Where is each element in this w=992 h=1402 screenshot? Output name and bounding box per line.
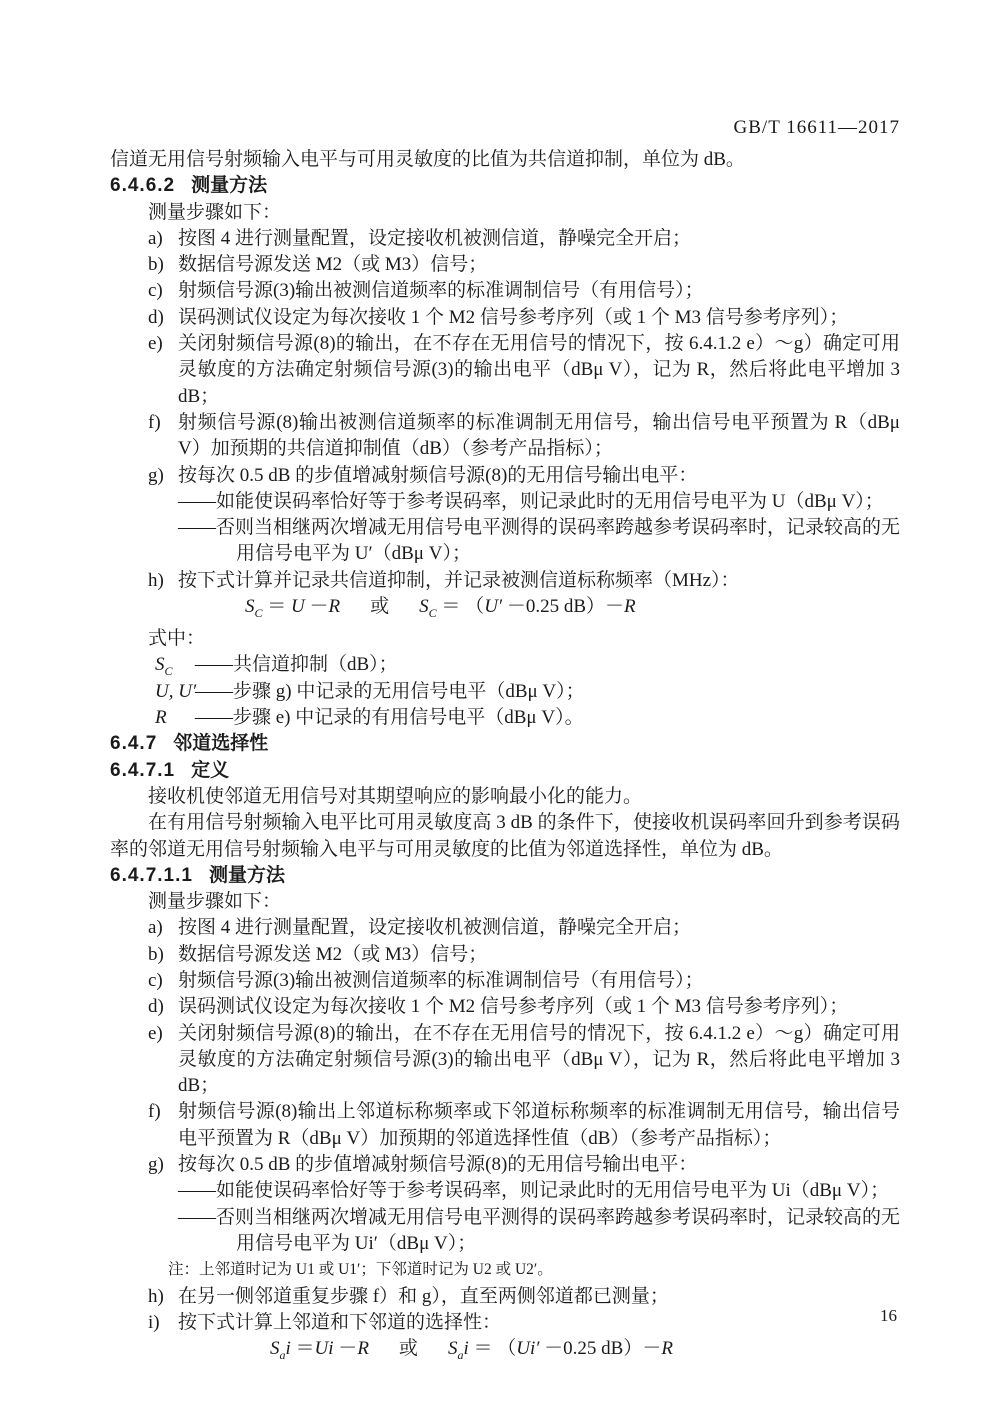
where-label: 式中： <box>110 626 900 652</box>
symbol-description: ——共信道抑制（dB）； <box>195 654 398 675</box>
step-label: e) <box>148 331 163 357</box>
document-page: GB/T 16611—2017 信道无用信号射频输入电平与可用灵敏度的比值为共信… <box>0 0 992 1402</box>
formula-var: R <box>624 596 636 617</box>
formula-sub: C <box>429 606 437 620</box>
formula-var: U <box>291 596 305 617</box>
step-text: 误码测试仪设定为每次接收 1 个 M2 信号参考序列（或 1 个 M3 信号参考… <box>178 996 848 1017</box>
symbol-description: ——步骤 g) 中记录的无用信号电平（dBμ V）； <box>195 681 585 702</box>
step-label: h) <box>148 1284 164 1310</box>
step-label: h) <box>148 568 164 594</box>
formula-co-channel-rejection: SC ＝ U －R或SC ＝ （U′ －0.25 dB）－R <box>245 594 900 626</box>
section-heading-6-4-7: 6.4.7邻道选择性 <box>110 731 900 757</box>
section-number: 6.4.7.1 <box>110 760 175 781</box>
formula-var: S <box>448 1338 458 1359</box>
formula-var: Ui <box>315 1338 334 1359</box>
step-text: 在另一侧邻道重复步骤 f）和 g），直至两侧邻道都已测量； <box>178 1286 669 1307</box>
step-h: h) 按下式计算并记录共信道抑制，并记录被测信道标称频率（MHz）： <box>110 568 900 594</box>
formula-op: ＝ <box>263 596 292 617</box>
step-label: c) <box>148 968 163 994</box>
step-label: i) <box>148 1310 160 1336</box>
step-text: 按每次 0.5 dB 的步值增减射频信号源(8)的无用信号输出电平： <box>178 465 697 486</box>
formula-or: 或 <box>370 596 389 617</box>
step-text: 按图 4 进行测量配置，设定接收机被测信道，静噪完全开启； <box>178 228 691 249</box>
formula-op: －0.25 dB）－ <box>502 596 624 617</box>
page-number: 16 <box>880 1306 897 1326</box>
symbol-row: U, U′ ——步骤 g) 中记录的无用信号电平（dBμ V）； <box>110 679 900 705</box>
step-text: 射频信号源(8)输出上邻道标称频率或下邻道标称频率的标准调制无用信号，输出信号电… <box>178 1101 900 1148</box>
step-label: d) <box>148 994 164 1020</box>
formula-op: ＝ <box>291 1338 315 1359</box>
step-text: 射频信号源(3)输出被测信道频率的标准调制信号（有用信号）； <box>178 970 704 991</box>
section-number: 6.4.6.2 <box>110 175 175 196</box>
step-a: a) 按图 4 进行测量配置，设定接收机被测信道，静噪完全开启； <box>110 226 900 252</box>
step-label: a) <box>148 915 163 941</box>
step-label: f) <box>148 1099 161 1125</box>
step-label: c) <box>148 278 163 304</box>
formula-op: ＝ （ <box>437 596 485 617</box>
formula-var: U′ <box>484 596 502 617</box>
section-title: 测量方法 <box>209 865 285 886</box>
step-text: 误码测试仪设定为每次接收 1 个 M2 信号参考序列（或 1 个 M3 信号参考… <box>178 307 848 328</box>
symbol-main: U, U′ <box>155 681 196 702</box>
formula-sub: C <box>255 606 263 620</box>
formula-op: ＝ （ <box>469 1338 517 1359</box>
symbol-row: R ——步骤 e) 中记录的有用信号电平（dBμ V）。 <box>110 705 900 731</box>
symbol-main: R <box>155 707 167 728</box>
section-title: 定义 <box>191 760 229 781</box>
note-line: 注：上邻道时记为 U1 或 U1′；下邻道时记为 U2 或 U2′。 <box>168 1257 900 1283</box>
dash-item: ——如能使误码率恰好等于参考误码率，则记录此时的无用信号电平为 U（dBμ V）… <box>178 489 900 515</box>
formula-var: R <box>357 1338 369 1359</box>
definition-paragraph-1: 接收机使邻道无用信号对其期望响应的影响最小化的能力。 <box>110 784 900 810</box>
dash-item: ——否则当相继两次增减无用信号电平测得的误码率跨越参考误码率时，记录较高的无用信… <box>178 515 900 568</box>
step-label: b) <box>148 252 164 278</box>
step-label: d) <box>148 305 164 331</box>
step-h: h) 在另一侧邻道重复步骤 f）和 g），直至两侧邻道都已测量； <box>110 1284 900 1310</box>
step-d: d) 误码测试仪设定为每次接收 1 个 M2 信号参考序列（或 1 个 M3 信… <box>110 305 900 331</box>
formula-var: S <box>245 596 255 617</box>
step-c: c) 射频信号源(3)输出被测信道频率的标准调制信号（有用信号）； <box>110 968 900 994</box>
step-text: 按图 4 进行测量配置，设定接收机被测信道，静噪完全开启； <box>178 917 691 938</box>
step-i: i) 按下式计算上邻道和下邻道的选择性： <box>110 1310 900 1336</box>
step-label: b) <box>148 942 164 968</box>
symbol-sub: C <box>165 664 173 678</box>
steps-intro: 测量步骤如下： <box>110 200 900 226</box>
step-e: e) 关闭射频信号源(8)的输出，在不存在无用信号的情况下，按 6.4.1.2 … <box>110 331 900 410</box>
symbol: R <box>155 705 167 737</box>
step-text: 射频信号源(8)输出被测信道频率的标准调制无用信号，输出信号电平预置为 R（dB… <box>178 412 900 459</box>
step-e: e) 关闭射频信号源(8)的输出，在不存在无用信号的情况下，按 6.4.1.2 … <box>110 1021 900 1100</box>
step-b: b) 数据信号源发送 M2（或 M3）信号； <box>110 942 900 968</box>
step-text: 数据信号源发送 M2（或 M3）信号； <box>178 944 487 965</box>
step-label: g) <box>148 1152 164 1178</box>
step-g: g) 按每次 0.5 dB 的步值增减射频信号源(8)的无用信号输出电平： <box>110 463 900 489</box>
step-text: 关闭射频信号源(8)的输出，在不存在无用信号的情况下，按 6.4.1.2 e）～… <box>178 1023 900 1097</box>
step-label: e) <box>148 1021 163 1047</box>
definition-paragraph-2: 在有用信号射频输入电平比可用灵敏度高 3 dB 的条件下，使接收机误码率回升到参… <box>110 810 900 863</box>
formula-op: －0.25 dB）－ <box>539 1338 661 1359</box>
step-label: a) <box>148 226 163 252</box>
section-title: 测量方法 <box>191 175 267 196</box>
step-text: 数据信号源发送 M2（或 M3）信号； <box>178 254 487 275</box>
formula-or: 或 <box>399 1338 418 1359</box>
step-text: 按下式计算上邻道和下邻道的选择性： <box>178 1312 501 1333</box>
symbol-description: ——步骤 e) 中记录的有用信号电平（dBμ V）。 <box>195 707 584 728</box>
formula-var: S <box>270 1338 280 1359</box>
step-text: 关闭射频信号源(8)的输出，在不存在无用信号的情况下，按 6.4.1.2 e）～… <box>178 333 900 407</box>
step-g: g) 按每次 0.5 dB 的步值增减射频信号源(8)的无用信号输出电平： <box>110 1152 900 1178</box>
step-f: f) 射频信号源(8)输出上邻道标称频率或下邻道标称频率的标准调制无用信号，输出… <box>110 1099 900 1152</box>
step-b: b) 数据信号源发送 M2（或 M3）信号； <box>110 252 900 278</box>
standard-code-header: GB/T 16611—2017 <box>734 117 900 139</box>
dash-item: ——如能使误码率恰好等于参考误码率，则记录此时的无用信号电平为 Ui（dBμ V… <box>178 1178 900 1204</box>
dash-item: ——否则当相继两次增减无用信号电平测得的误码率跨越参考误码率时，记录较高的无用信… <box>178 1205 900 1258</box>
section-heading-6-4-7-1-1: 6.4.7.1.1测量方法 <box>110 863 900 889</box>
section-number: 6.4.7 <box>110 733 157 754</box>
step-label: f) <box>148 410 161 436</box>
step-label: g) <box>148 463 164 489</box>
step-d: d) 误码测试仪设定为每次接收 1 个 M2 信号参考序列（或 1 个 M3 信… <box>110 994 900 1020</box>
section-heading-6-4-6-2: 6.4.6.2测量方法 <box>110 173 900 199</box>
formula-op: － <box>305 596 329 617</box>
formula-adjacent-channel-selectivity: Sai ＝Ui －R或Sai ＝ （Ui′ －0.25 dB）－R <box>270 1336 900 1368</box>
lead-paragraph: 信道无用信号射频输入电平与可用灵敏度的比值为共信道抑制，单位为 dB。 <box>110 147 900 173</box>
section-number: 6.4.7.1.1 <box>110 865 193 886</box>
section-title: 邻道选择性 <box>173 733 268 754</box>
formula-var: R <box>661 1338 673 1359</box>
step-text: 按下式计算并记录共信道抑制，并记录被测信道标称频率（MHz）： <box>178 570 740 591</box>
step-f: f) 射频信号源(8)输出被测信道频率的标准调制无用信号，输出信号电平预置为 R… <box>110 410 900 463</box>
formula-var: Ui′ <box>516 1338 539 1359</box>
formula-var: R <box>329 596 341 617</box>
formula-op: － <box>334 1338 358 1359</box>
symbol-main: S <box>155 654 165 675</box>
step-a: a) 按图 4 进行测量配置，设定接收机被测信道，静噪完全开启； <box>110 915 900 941</box>
step-text: 按每次 0.5 dB 的步值增减射频信号源(8)的无用信号输出电平： <box>178 1154 697 1175</box>
steps-intro: 测量步骤如下： <box>110 889 900 915</box>
page-content: 信道无用信号射频输入电平与可用灵敏度的比值为共信道抑制，单位为 dB。 6.4.… <box>110 147 900 1368</box>
formula-var: S <box>419 596 429 617</box>
step-c: c) 射频信号源(3)输出被测信道频率的标准调制信号（有用信号）； <box>110 278 900 304</box>
symbol-row: SC ——共信道抑制（dB）； <box>110 652 900 678</box>
section-heading-6-4-7-1: 6.4.7.1定义 <box>110 758 900 784</box>
step-text: 射频信号源(3)输出被测信道频率的标准调制信号（有用信号）； <box>178 280 704 301</box>
